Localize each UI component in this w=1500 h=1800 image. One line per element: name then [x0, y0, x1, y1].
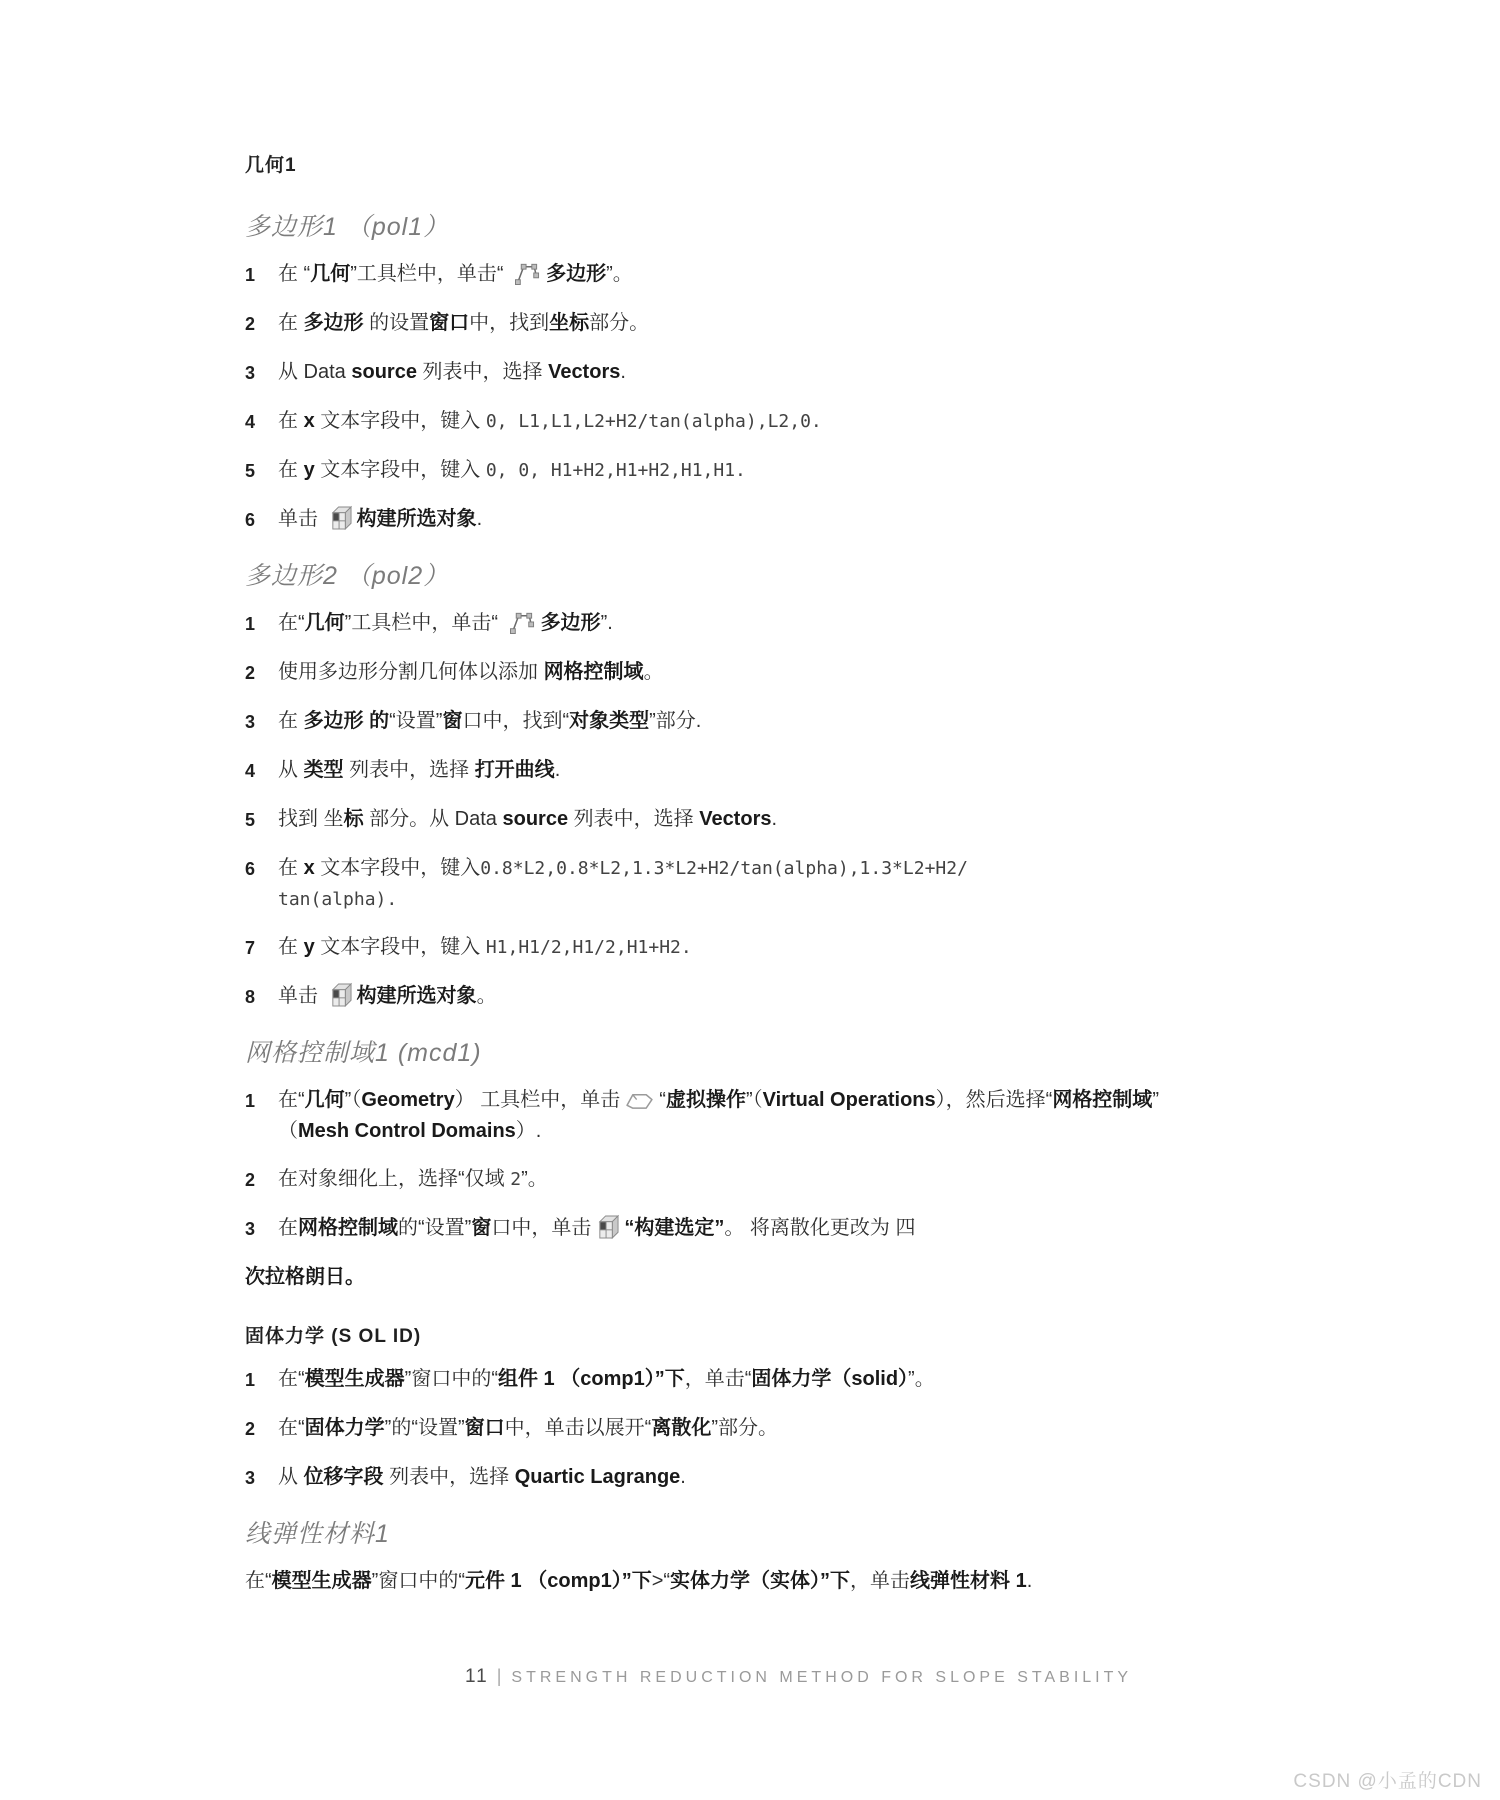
section-polygon2: 多边形2 （pol2） 1在“几何”工具栏中，单击“ 多边形”. 2使用多边形分…: [245, 556, 1280, 1013]
section-heading: 固体力学 (S OL ID): [245, 1321, 1280, 1348]
step-text: 在“固体力学”的“设置”窗口中，单击以展开“离散化”部分。: [278, 1413, 1280, 1444]
section-linear-elastic-material1: 线弹性材料1 在“模型生成器”窗口中的“元件 1 （comp1）”下>“实体力学…: [245, 1514, 1280, 1597]
step-row: 3在网格控制域的“设置”窗口中，单击 “构建选定”。 将离散化更改为 四: [245, 1213, 1280, 1245]
step-number: 2: [245, 1413, 278, 1445]
step-text: 从 Data source 列表中，选择 Vectors.: [278, 357, 1280, 388]
step-number: 2: [245, 657, 278, 689]
step-number: 7: [245, 932, 278, 964]
step-row: 7在 y 文本字段中，键入 H1,H1/2,H1/2,H1+H2.: [245, 932, 1280, 964]
step-row: 1在“几何”（Geometry） 工具栏中，单击 “虚拟操作”（Virtual …: [245, 1085, 1280, 1147]
footer-title: STRENGTH REDUCTION METHOD FOR SLOPE STAB…: [511, 1669, 1132, 1686]
watermark: CSDN @小孟的CDN: [1293, 1766, 1482, 1793]
step-row: 5在 y 文本字段中，键入 0, 0, H1+H2,H1+H2,H1,H1.: [245, 455, 1280, 487]
page-content: 几何1 多边形1 （pol1） 1在 “几何”工具栏中，单击“ 多边形”。 2在…: [245, 150, 1280, 1614]
section-heading: 网格控制域1 (mcd1): [245, 1033, 1280, 1069]
build-icon: [329, 982, 352, 1007]
step-text: 在 多边形 的“设置”窗口中，找到“对象类型”部分.: [278, 706, 1280, 737]
section-heading: 线弹性材料1: [245, 1514, 1280, 1550]
step-number: 3: [245, 1213, 278, 1245]
step-text: 在对象细化上，选择“仅域 2”。: [278, 1164, 1280, 1195]
section-paragraph: 在“模型生成器”窗口中的“元件 1 （comp1）”下>“实体力学（实体）”下，…: [245, 1566, 1280, 1597]
page-number: 11: [465, 1666, 489, 1687]
step-row: 3从 位移字段 列表中，选择 Quartic Lagrange.: [245, 1462, 1280, 1494]
step-text: 在网格控制域的“设置”窗口中，单击 “构建选定”。 将离散化更改为 四: [278, 1213, 1280, 1244]
doc-title: 几何1: [245, 150, 1280, 177]
step-number: 4: [245, 755, 278, 787]
polygon-icon: [514, 260, 541, 285]
step-text: 从 类型 列表中，选择 打开曲线.: [278, 755, 1280, 786]
step-number: 5: [245, 804, 278, 836]
polygon-icon: [509, 609, 536, 634]
step-row: 6在 x 文本字段中，键入0.8*L2,0.8*L2,1.3*L2+H2/tan…: [245, 853, 1280, 915]
step-number: 2: [245, 1164, 278, 1196]
step-text: 在 x 文本字段中，键入0.8*L2,0.8*L2,1.3*L2+H2/tan(…: [278, 853, 1280, 915]
step-text: 在“几何”（Geometry） 工具栏中，单击 “虚拟操作”（Virtual O…: [278, 1085, 1280, 1147]
step-number: 1: [245, 1364, 278, 1396]
section-mesh-control-domain1: 网格控制域1 (mcd1) 1在“几何”（Geometry） 工具栏中，单击 “…: [245, 1033, 1280, 1293]
step-row: 2在“固体力学”的“设置”窗口中，单击以展开“离散化”部分。: [245, 1413, 1280, 1445]
step-text: 在 y 文本字段中，键入 0, 0, H1+H2,H1+H2,H1,H1.: [278, 455, 1280, 486]
step-row: 1在 “几何”工具栏中，单击“ 多边形”。: [245, 259, 1280, 291]
step-row: 2在对象细化上，选择“仅域 2”。: [245, 1164, 1280, 1196]
step-number: 6: [245, 504, 278, 536]
step-row: 2在 多边形 的设置窗口中，找到坐标部分。: [245, 308, 1280, 340]
build-icon: [329, 505, 352, 530]
step-number: 2: [245, 308, 278, 340]
step-number: 3: [245, 1462, 278, 1494]
step-text: 使用多边形分割几何体以添加 网格控制域。: [278, 657, 1280, 688]
step-number: 1: [245, 259, 278, 291]
step-row: 4在 x 文本字段中，键入 0, L1,L1,L2+H2/tan(alpha),…: [245, 406, 1280, 438]
footer-separator: |: [497, 1666, 502, 1686]
step-row: 8单击 构建所选对象。: [245, 981, 1280, 1013]
section-solid-mechanics: 固体力学 (S OL ID) 1在“模型生成器”窗口中的“组件 1 （comp1…: [245, 1321, 1280, 1494]
step-text: 在 “几何”工具栏中，单击“ 多边形”。: [278, 259, 1280, 290]
step-number: 1: [245, 608, 278, 640]
step-text: 单击 构建所选对象。: [278, 981, 1280, 1012]
step-text: 在“几何”工具栏中，单击“ 多边形”.: [278, 608, 1280, 639]
step-row: 1在“几何”工具栏中，单击“ 多边形”.: [245, 608, 1280, 640]
virtual-ops-icon: [625, 1090, 654, 1111]
step-text: 在 y 文本字段中，键入 H1,H1/2,H1/2,H1+H2.: [278, 932, 1280, 963]
step-number: 6: [245, 853, 278, 885]
page-footer: 11|STRENGTH REDUCTION METHOD FOR SLOPE S…: [465, 1666, 1132, 1688]
step-number: 8: [245, 981, 278, 1013]
step-row: 3在 多边形 的“设置”窗口中，找到“对象类型”部分.: [245, 706, 1280, 738]
step-text: 从 位移字段 列表中，选择 Quartic Lagrange.: [278, 1462, 1280, 1493]
step-text: 在 多边形 的设置窗口中，找到坐标部分。: [278, 308, 1280, 339]
step-number: 3: [245, 357, 278, 389]
step-row: 5找到 坐标 部分。从 Data source 列表中，选择 Vectors.: [245, 804, 1280, 836]
step-row: 6单击 构建所选对象.: [245, 504, 1280, 536]
step-row: 2使用多边形分割几何体以添加 网格控制域。: [245, 657, 1280, 689]
step-row: 4从 类型 列表中，选择 打开曲线.: [245, 755, 1280, 787]
step-number: 5: [245, 455, 278, 487]
step-number: 3: [245, 706, 278, 738]
step-text: 单击 构建所选对象.: [278, 504, 1280, 535]
build-icon: [596, 1214, 619, 1239]
step-number: 1: [245, 1085, 278, 1117]
step-row: 3从 Data source 列表中，选择 Vectors.: [245, 357, 1280, 389]
section-polygon1: 多边形1 （pol1） 1在 “几何”工具栏中，单击“ 多边形”。 2在 多边形…: [245, 207, 1280, 536]
step-text: 找到 坐标 部分。从 Data source 列表中，选择 Vectors.: [278, 804, 1280, 835]
step-continuation-text: 次拉格朗日。: [245, 1262, 1280, 1293]
section-heading: 多边形2 （pol2）: [245, 556, 1280, 592]
step-text: 在 x 文本字段中，键入 0, L1,L1,L2+H2/tan(alpha),L…: [278, 406, 1280, 437]
step-row: 1在“模型生成器”窗口中的“组件 1 （comp1）”下，单击“固体力学（sol…: [245, 1364, 1280, 1396]
section-heading: 多边形1 （pol1）: [245, 207, 1280, 243]
step-text: 在“模型生成器”窗口中的“组件 1 （comp1）”下，单击“固体力学（soli…: [278, 1364, 1280, 1395]
step-number: 4: [245, 406, 278, 438]
